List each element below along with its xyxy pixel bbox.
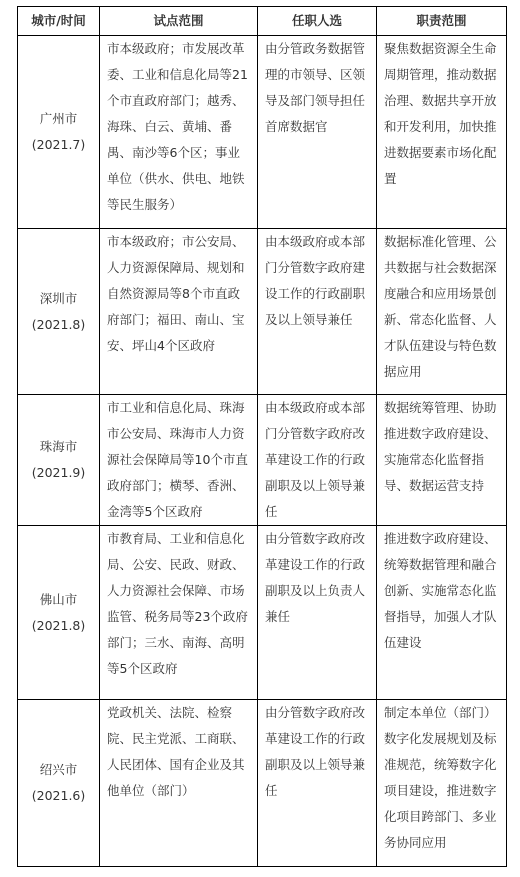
duties-text: 数据标准化管理、公共数据与社会数据深度融合和应用场景创新、常态化监督、人才队伍建… — [384, 229, 500, 385]
city-cell: 佛山市 (2021.8) — [18, 526, 100, 700]
table-row-shenzhen: 深圳市 (2021.8) 市本级政府；市公安局、人力资源保障局、规划和自然资源局… — [18, 229, 507, 395]
pilot-scope-text: 市本级政府；市公安局、人力资源保障局、规划和自然资源局等8个市直政府部门；福田、… — [107, 229, 251, 359]
duties-text: 数据统筹管理、协助推进数字政府建设、实施常态化监督指导、数据运营支持 — [384, 395, 500, 499]
pilot-scope-text: 市本级政府；市发展改革委、工业和信息化局等21个市直政府部门；越秀、海珠、白云、… — [107, 36, 251, 218]
table-row-foshan: 佛山市 (2021.8) 市教育局、工业和信息化局、公安、民政、财政、人力资源社… — [18, 526, 507, 700]
pilot-scope-cell: 市本级政府；市发展改革委、工业和信息化局等21个市直政府部门；越秀、海珠、白云、… — [100, 36, 258, 229]
duties-cell: 数据统筹管理、协助推进数字政府建设、实施常态化监督指导、数据运营支持 — [377, 395, 507, 526]
city-name: 佛山市 — [22, 587, 95, 613]
appointee-cell: 由分管政务数据管理的市领导、区领导及部门领导担任首席数据官 — [258, 36, 377, 229]
table-row-guangzhou: 广州市 (2021.7) 市本级政府；市发展改革委、工业和信息化局等21个市直政… — [18, 36, 507, 229]
city-name: 绍兴市 — [22, 757, 95, 783]
appointee-text: 由分管数字政府改革建设工作的行政副职及以上负责人兼任 — [265, 526, 370, 630]
header-duties: 职责范围 — [377, 7, 507, 36]
appointee-cell: 由分管数字政府改革建设工作的行政副职及以上负责人兼任 — [258, 526, 377, 700]
duties-text: 制定本单位（部门）数字化发展规划及标准规范，统筹数字化项目建设，推进数字化项目跨… — [384, 700, 500, 856]
pilot-scope-text: 市工业和信息化局、珠海市公安局、珠海市人力资源社会保障局等10个市直政府部门；横… — [107, 395, 251, 525]
header-pilot-scope: 试点范围 — [100, 7, 258, 36]
header-appointee: 任职人选 — [258, 7, 377, 36]
city-date: (2021.6) — [22, 783, 95, 809]
city-cell: 珠海市 (2021.9) — [18, 395, 100, 526]
pilot-scope-cell: 市教育局、工业和信息化局、公安、民政、财政、人力资源社会保障、市场监管、税务局等… — [100, 526, 258, 700]
city-name: 广州市 — [22, 106, 95, 132]
appointee-text: 由分管数字政府改革建设工作的行政副职及以上领导兼任 — [265, 700, 370, 804]
appointee-cell: 由本级政府或本部门分管数字政府改革建设工作的行政副职及以上领导兼任 — [258, 395, 377, 526]
table-row-zhuhai: 珠海市 (2021.9) 市工业和信息化局、珠海市公安局、珠海市人力资源社会保障… — [18, 395, 507, 526]
city-date: (2021.8) — [22, 613, 95, 639]
cdo-pilot-comparison-table: 城市/时间 试点范围 任职人选 职责范围 广州市 (2021.7) 市本级政府；… — [17, 6, 507, 867]
duties-cell: 制定本单位（部门）数字化发展规划及标准规范，统筹数字化项目建设，推进数字化项目跨… — [377, 700, 507, 867]
appointee-text: 由本级政府或本部门分管数字政府建设工作的行政副职及以上领导兼任 — [265, 229, 370, 333]
appointee-cell: 由分管数字政府改革建设工作的行政副职及以上领导兼任 — [258, 700, 377, 867]
duties-cell: 数据标准化管理、公共数据与社会数据深度融合和应用场景创新、常态化监督、人才队伍建… — [377, 229, 507, 395]
duties-text: 推进数字政府建设、统筹数据管理和融合创新、实施常态化监督指导，加强人才队伍建设 — [384, 526, 500, 656]
duties-cell: 聚焦数据资源全生命周期管理，推动数据治理、数据共享开放和开发利用，加快推进数据要… — [377, 36, 507, 229]
city-name: 深圳市 — [22, 286, 95, 312]
city-date: (2021.7) — [22, 132, 95, 158]
appointee-cell: 由本级政府或本部门分管数字政府建设工作的行政副职及以上领导兼任 — [258, 229, 377, 395]
table-header-row: 城市/时间 试点范围 任职人选 职责范围 — [18, 7, 507, 36]
pilot-scope-text: 市教育局、工业和信息化局、公安、民政、财政、人力资源社会保障、市场监管、税务局等… — [107, 526, 251, 682]
city-cell: 深圳市 (2021.8) — [18, 229, 100, 395]
appointee-text: 由本级政府或本部门分管数字政府改革建设工作的行政副职及以上领导兼任 — [265, 395, 370, 525]
pilot-scope-cell: 市工业和信息化局、珠海市公安局、珠海市人力资源社会保障局等10个市直政府部门；横… — [100, 395, 258, 526]
city-cell: 广州市 (2021.7) — [18, 36, 100, 229]
pilot-scope-cell: 市本级政府；市公安局、人力资源保障局、规划和自然资源局等8个市直政府部门；福田、… — [100, 229, 258, 395]
city-name: 珠海市 — [22, 434, 95, 460]
pilot-scope-cell: 党政机关、法院、检察院、民主党派、工商联、人民团体、国有企业及其他单位（部门） — [100, 700, 258, 867]
city-date: (2021.8) — [22, 312, 95, 338]
pilot-scope-text: 党政机关、法院、检察院、民主党派、工商联、人民团体、国有企业及其他单位（部门） — [107, 700, 251, 804]
city-date: (2021.9) — [22, 460, 95, 486]
city-cell: 绍兴市 (2021.6) — [18, 700, 100, 867]
table-row-shaoxing: 绍兴市 (2021.6) 党政机关、法院、检察院、民主党派、工商联、人民团体、国… — [18, 700, 507, 867]
duties-text: 聚焦数据资源全生命周期管理，推动数据治理、数据共享开放和开发利用，加快推进数据要… — [384, 36, 500, 192]
appointee-text: 由分管政务数据管理的市领导、区领导及部门领导担任首席数据官 — [265, 36, 370, 140]
duties-cell: 推进数字政府建设、统筹数据管理和融合创新、实施常态化监督指导，加强人才队伍建设 — [377, 526, 507, 700]
header-city-time: 城市/时间 — [18, 7, 100, 36]
